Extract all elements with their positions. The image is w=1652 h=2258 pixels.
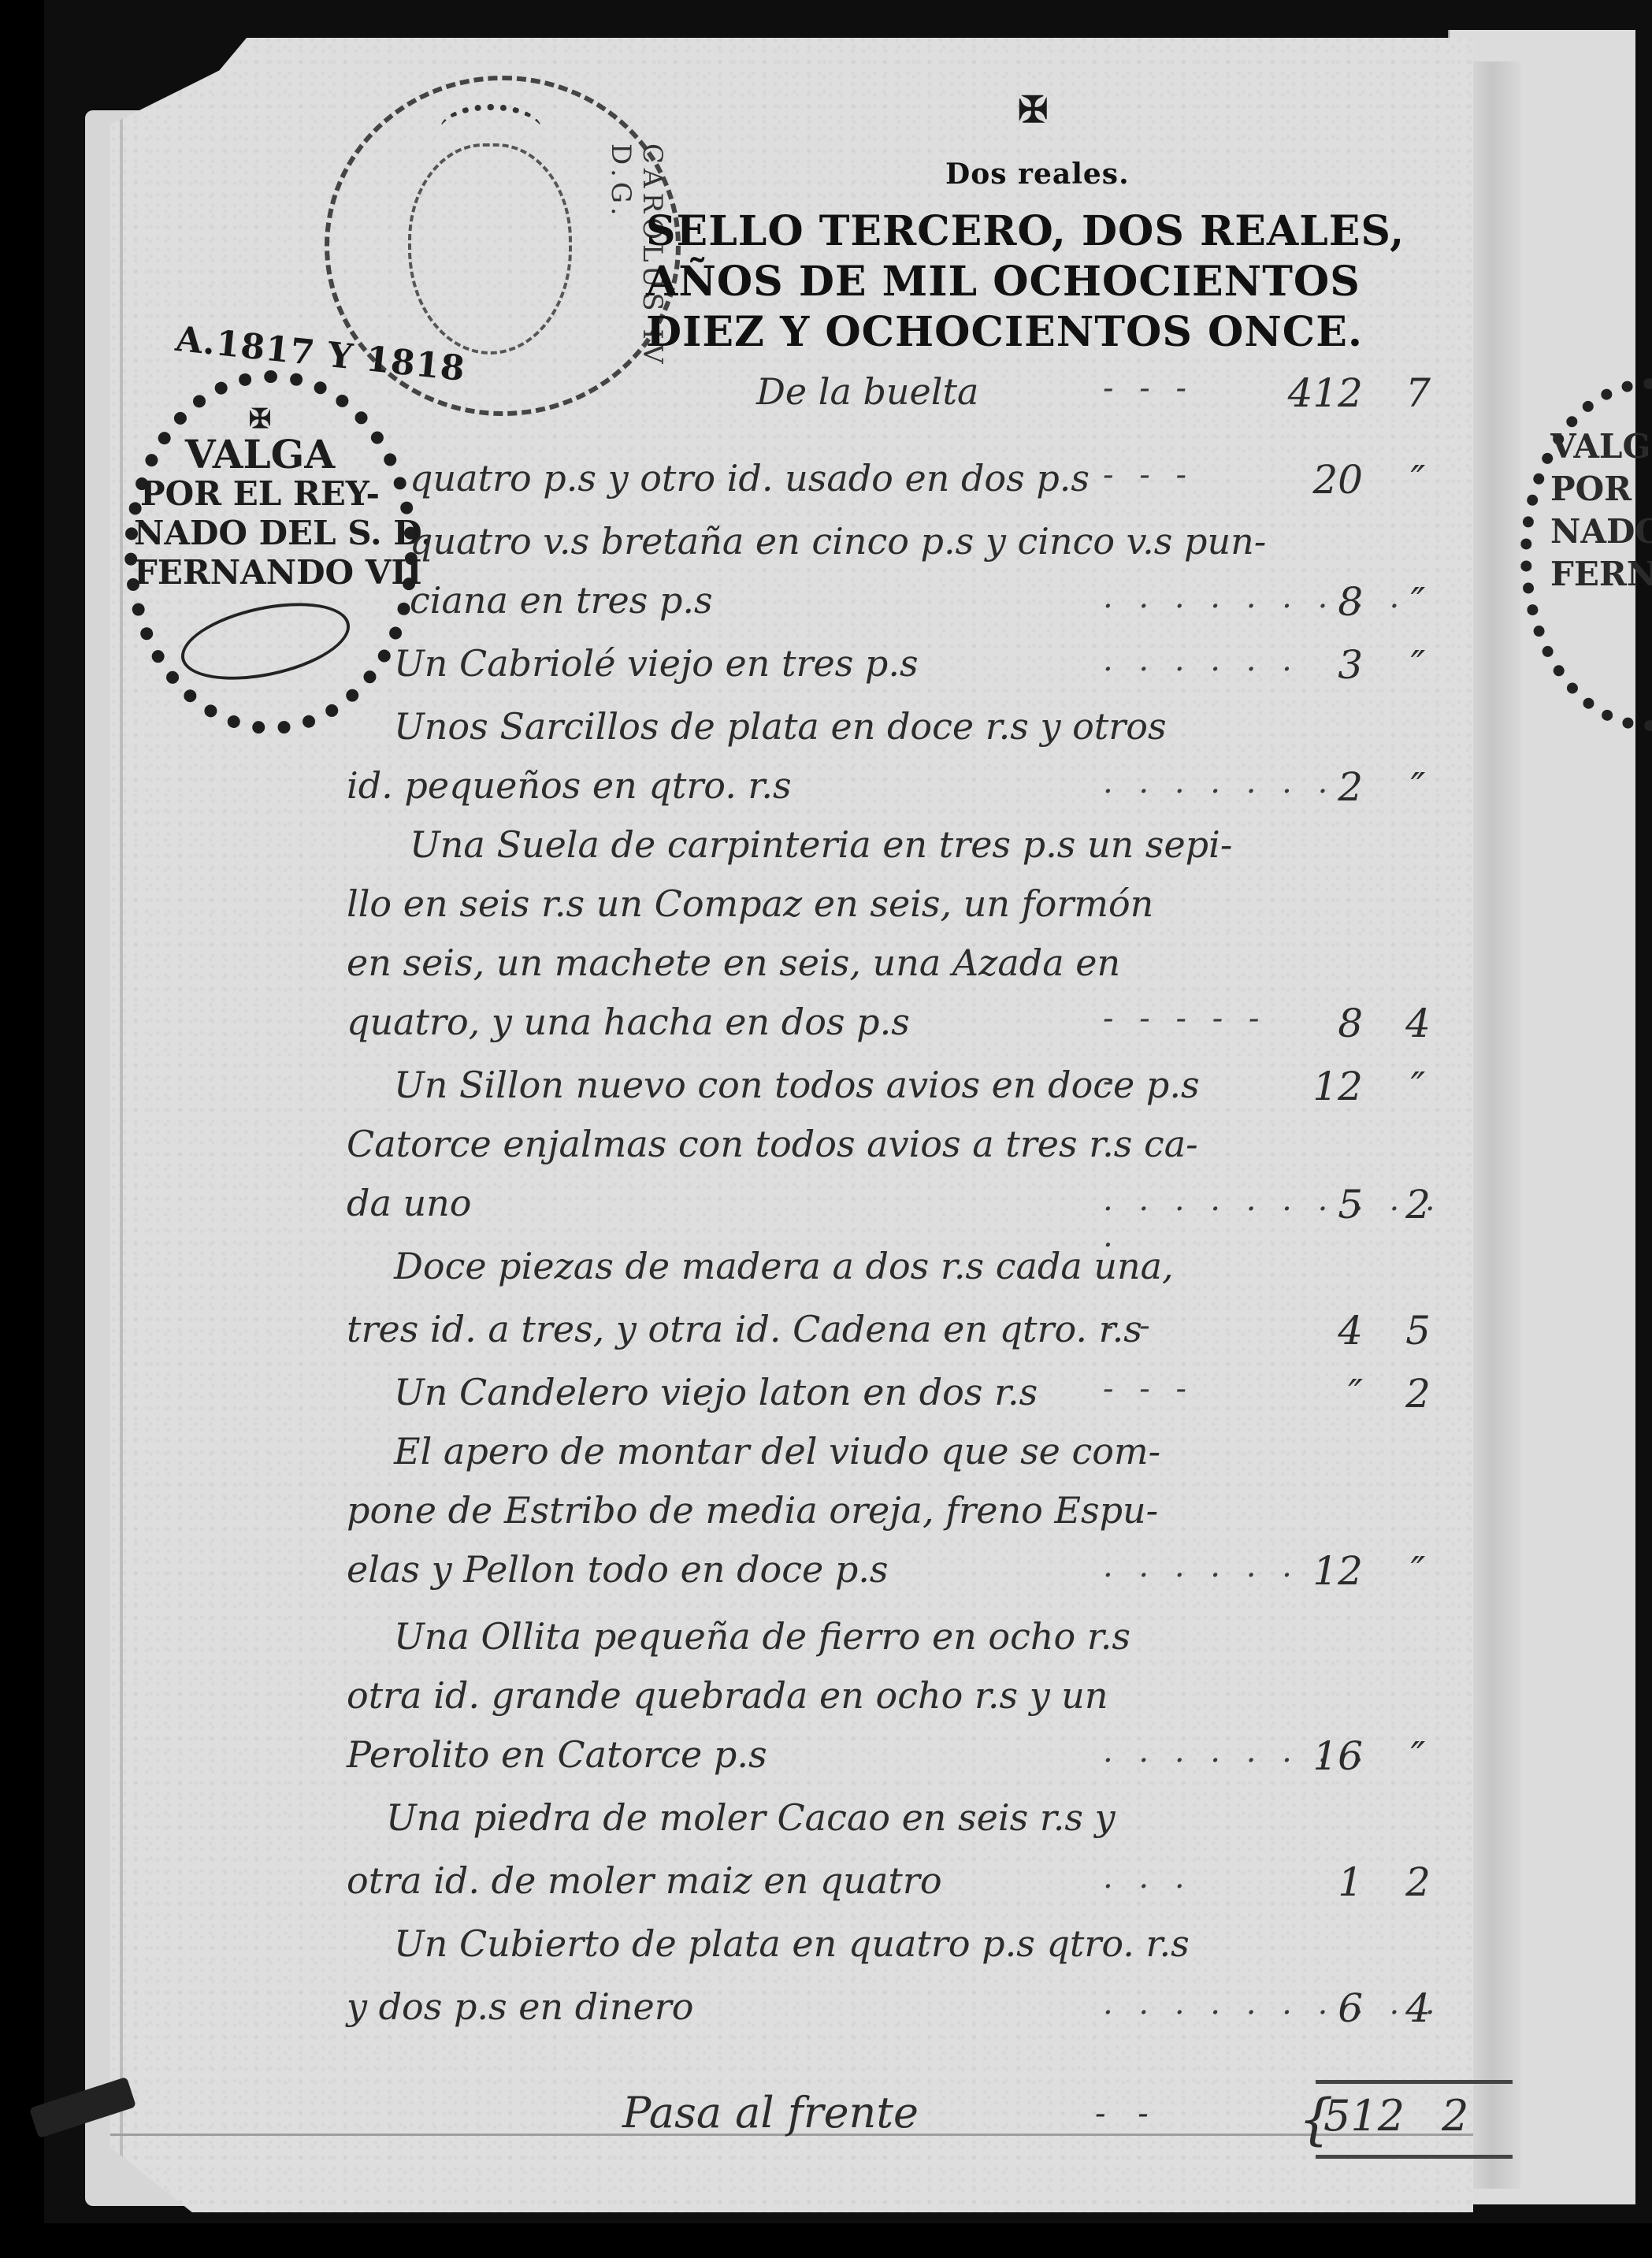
entry-description: y dos p.s en dinero [347,1985,693,2028]
entry-description: tres id. a tres, y otra id. Cadena en qt… [347,1308,1142,1350]
entry-description: quatro v.s bretaña en cinco p.s y cinco … [410,520,1266,563]
leader-dots: - - [1103,1308,1158,1344]
entry-description: Un Sillon nuevo con todos avios en doce … [394,1064,1200,1106]
cross-icon: ✠ [1018,88,1049,131]
entry-pesos: 8 [1268,579,1363,625]
table-row: quatro, y una hacha en dos p.s- - - - -8… [347,1001,1465,1056]
table-row: en seis, un machete en seis, una Azada e… [347,941,1465,997]
leader-dots: - - - [1103,457,1194,493]
table-row: Perolito en Catorce p.s. . . . . . . .16… [347,1733,1465,1788]
adjacent-page [1448,30,1635,2204]
entry-description: Un Candelero viejo laton en dos r.s [394,1371,1038,1413]
entry-description: otra id. grande quebrada en ocho r.s y u… [347,1674,1108,1717]
table-row: Un Candelero viejo laton en dos r.s- - -… [347,1371,1465,1426]
table-row: El apero de montar del viudo que se com- [347,1430,1465,1485]
stamp-line: FERN [1550,553,1652,596]
entry-description: Una Ollita pequeña de fierro en ocho r.s [394,1615,1130,1658]
table-row: Catorce enjalmas con todos avios a tres … [347,1123,1465,1178]
stamp-line: VALG [1550,425,1652,468]
entry-reales: 2 [1387,1371,1450,1417]
entry-description: Catorce enjalmas con todos avios a tres … [347,1123,1198,1165]
seal-heading: SELLO TERCERO, DOS REALES, AÑOS DE MIL O… [646,206,1434,358]
entry-pesos: 20 [1268,457,1363,503]
table-row: Un Cabriolé viejo en tres p.s. . . . . .… [347,642,1465,697]
table-row: elas y Pellon todo en doce p.s. . . . . … [347,1548,1465,1603]
entry-reales: ″ [1387,1548,1450,1594]
entry-reales: 2 [1387,1859,1450,1905]
leader-dots: - - - - - [1103,1001,1267,1037]
denomination: Dos reales. [945,158,1130,191]
stamp-line: POR [1550,468,1652,511]
table-row: Doce piezas de madera a dos r.s cada una… [347,1245,1465,1300]
scan-border-bottom [0,2223,1652,2258]
entry-pesos: 16 [1268,1733,1363,1779]
entry-description: id. pequeños en qtro. r.s [347,764,792,807]
shield-icon [408,143,572,355]
table-row: quatro p.s y otro id. usado en dos p.s- … [347,457,1465,512]
entry-pesos: 12 [1268,1064,1363,1109]
table-row: llo en seis r.s un Compaz en seis, un fo… [347,882,1465,938]
entry-description: pone de Estribo de media oreja, freno Es… [347,1489,1158,1532]
margin-crease [120,38,123,2212]
total-reales: 2 [1442,2091,1468,2141]
table-row: tres id. a tres, y otra id. Cadena en qt… [347,1308,1465,1363]
entry-description: da uno [347,1182,471,1224]
table-row: y dos p.s en dinero. . . . . . . . . .64 [347,1985,1465,2041]
table-row: otra id. grande quebrada en ocho r.s y u… [347,1674,1465,1729]
table-row: Una piedra de moler Cacao en seis r.s y [347,1796,1465,1851]
adjacent-page-stamp-text: VALG POR NADO FERN [1550,425,1652,596]
entry-reales: ″ [1387,642,1450,688]
entry-description: Una Suela de carpinteria en tres p.s un … [410,823,1232,866]
leader-dots: - [1103,1064,1122,1100]
entry-reales: ″ [1387,764,1450,810]
table-row: quatro v.s bretaña en cinco p.s y cinco … [347,520,1465,575]
leader-dots: - - - [1103,1371,1194,1407]
entry-pesos: 3 [1268,642,1363,688]
entry-pesos: 2 [1268,764,1363,810]
entry-reales: 7 [1387,370,1450,416]
table-row: da uno. . . . . . . . . . .52 [347,1182,1465,1237]
entry-pesos: 412 [1268,370,1363,416]
entry-pesos: 1 [1268,1859,1363,1905]
entry-description: en seis, un machete en seis, una Azada e… [347,941,1120,984]
table-row: Una Ollita pequeña de fierro en ocho r.s [347,1615,1465,1670]
entry-pesos: 8 [1268,1001,1363,1046]
table-row: id. pequeños en qtro. r.s. . . . . . .2″ [347,764,1465,819]
entry-description: Un Cubierto de plata en quatro p.s qtro.… [394,1922,1190,1965]
seal-heading-line: SELLO TERCERO, DOS REALES, [646,206,1434,257]
entry-description: Perolito en Catorce p.s [347,1733,767,1776]
seal-heading-line: AÑOS DE MIL OCHOCIENTOS [646,257,1434,307]
entry-pesos: 12 [1268,1548,1363,1594]
total-pesos: 512 [1323,2091,1405,2141]
entry-description: ciana en tres p.s [410,579,713,622]
table-row: pone de Estribo de media oreja, freno Es… [347,1489,1465,1544]
table-row: otra id. de moler maiz en quatro. . .12 [347,1859,1465,1914]
entry-reales: 5 [1387,1308,1450,1354]
entry-reales: ″ [1387,1733,1450,1779]
entry-pesos: ″ [1268,1371,1363,1417]
table-row: Una Suela de carpinteria en tres p.s un … [347,823,1465,878]
total-row: Pasa al frente - - { 512 2 [622,2088,1473,2167]
entry-description: Doce piezas de madera a dos r.s cada una… [394,1245,1174,1287]
total-label: Pasa al frente [622,2088,919,2137]
table-row: Unos Sarcillos de plata en doce r.s y ot… [347,705,1465,760]
entry-reales: 2 [1387,1182,1450,1227]
scan-border-left [0,0,44,2258]
entry-pesos: 6 [1268,1985,1363,2031]
entry-description: quatro p.s y otro id. usado en dos p.s [410,457,1090,500]
page-fold [1473,61,1520,2189]
entry-reales: ″ [1387,579,1450,625]
seal-heading-line: DIEZ Y OCHOCIENTOS ONCE. [646,307,1434,358]
table-row: ciana en tres p.s. . . . . . . . .8″ [347,579,1465,634]
entry-description: quatro, y una hacha en dos p.s [347,1001,910,1043]
entry-reales: ″ [1387,457,1450,503]
stamp-line: NADO [1550,511,1652,553]
entry-reales: ″ [1387,1064,1450,1109]
entry-pesos: 5 [1268,1182,1363,1227]
table-row: De la buelta- - -4127 [347,370,1465,425]
entry-reales: 4 [1387,1001,1450,1046]
table-row: Un Sillon nuevo con todos avios en doce … [347,1064,1465,1119]
leader-dots: - - [1095,2096,1160,2132]
table-row: Un Cubierto de plata en quatro p.s qtro.… [347,1922,1465,1978]
entry-description: llo en seis r.s un Compaz en seis, un fo… [347,882,1153,925]
leader-dots: . . . [1103,1859,1193,1896]
entry-description: Una piedra de moler Cacao en seis r.s y [386,1796,1116,1839]
entry-description: El apero de montar del viudo que se com- [394,1430,1160,1473]
entry-description: Unos Sarcillos de plata en doce r.s y ot… [394,705,1167,748]
entry-description: De la buelta [756,370,978,413]
entry-reales: 4 [1387,1985,1450,2031]
entry-pesos: 4 [1268,1308,1363,1354]
entry-description: Un Cabriolé viejo en tres p.s [394,642,919,685]
entry-description: otra id. de moler maiz en quatro [347,1859,942,1902]
entry-description: elas y Pellon todo en doce p.s [347,1548,889,1591]
leader-dots: - - - [1103,370,1194,407]
